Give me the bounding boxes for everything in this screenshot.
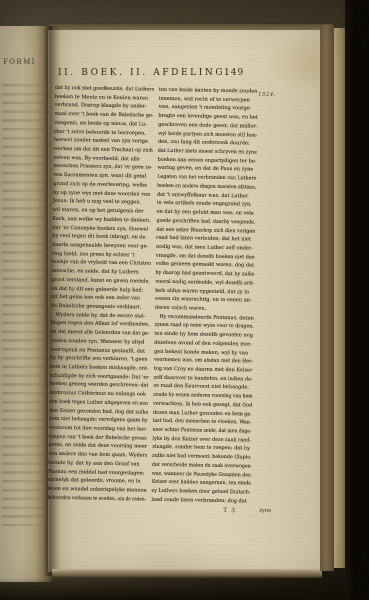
text-column-right: ten van beide kanten by monde zoudeninne… [151, 86, 258, 508]
text-block: dat hy ook niet goedkeurde, dat Luthersb… [40, 84, 322, 529]
text-column-left: dat hy ook niet goedkeurde, dat Luthersb… [47, 84, 154, 506]
text-line: menschen Priesters zyn, dat 'er geen ze- [53, 162, 148, 172]
text-line: boeken en andere dingen moesten afstaan, [157, 182, 247, 192]
catchword: zyne [259, 508, 271, 514]
text-line: land zoude laten verbranden; dog dat [151, 495, 250, 506]
running-header: II. BOEK. II. AFDELING. [58, 68, 228, 78]
text-line: zy Luthers boeken door geheel Duitsch- [151, 487, 248, 497]
left-page-text-stripes [2, 84, 44, 526]
text-line: wyl beide partyen zich moesten stil hou- [158, 129, 254, 139]
signature-mark: T 3 [223, 507, 236, 514]
text-line: zelf daarover te handelen, en indien de- [154, 373, 251, 383]
text-line: dat een zeker Bisschop zich dien vorigen [156, 225, 250, 235]
background-shadow-band [345, 0, 369, 600]
text-line: boeken aan eenen onpartydigen ter be- [158, 156, 256, 167]
text-line: boekje van de vryheid van een Christen [52, 258, 150, 269]
text-line: zynen raad op eene wyze voor te dragen, [155, 321, 249, 331]
bottom-shade [0, 578, 369, 600]
text-line: hem niet behaagde; vervolgens quam hy [49, 415, 144, 425]
book-photo-scene: FORMI II. BOEK. II. AFDELING. 149 1524. … [0, 0, 369, 600]
text-line: werken om dat dit een Trachaat op zich [54, 145, 151, 155]
text-line: vraagde, om dat dezelfs boeken niet den [156, 251, 251, 261]
book-page: II. BOEK. II. AFDELING. 149 1524. dat hy… [48, 30, 322, 572]
text-line: van andere dan van hem quam. Wyders [48, 450, 146, 461]
page-number: 149 [224, 68, 244, 78]
text-line: roepen van 't boek der Babelsche gevan- [48, 433, 143, 443]
text-line: groot verstand, kunst en gaven roemde, [51, 276, 147, 286]
text-line: lyks by den Keizer over deze zaak raad- [152, 434, 249, 444]
text-line: en dat meest alle Geleerden van dat ge- [50, 328, 147, 338]
gutter-shadow [43, 26, 61, 576]
book-bottom-edge [52, 569, 322, 578]
text-line: boeken genoeg wierden geschreven; dat [49, 380, 144, 390]
cover-board-edge [320, 25, 334, 571]
fore-edge-pages [334, 28, 345, 568]
text-line: dat hy ook niet goedkeurde, dat Luthers [55, 84, 151, 94]
text-line: ten van beide kanten by monde zouden [159, 86, 257, 97]
footer-line: T 3 zyne [151, 506, 261, 518]
text-line: vooral nodig oordeelde, wyl dezelfs arti… [155, 278, 251, 288]
